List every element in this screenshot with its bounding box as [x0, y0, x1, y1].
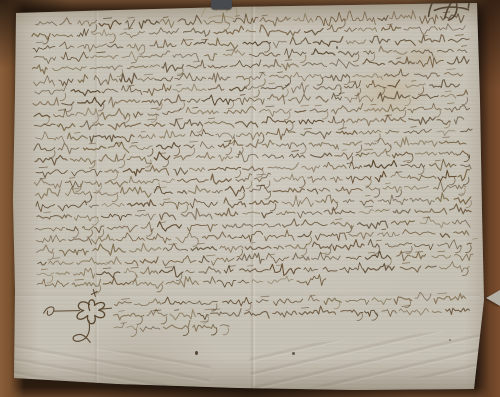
ink-layer — [0, 0, 500, 397]
manuscript-page — [0, 0, 500, 397]
subscription-block — [113, 291, 469, 336]
manuscript-photo — [0, 0, 500, 397]
mount-tab — [211, 0, 232, 9]
arrow-tab-icon — [486, 290, 500, 306]
main-text-block — [31, 9, 478, 295]
notarial-signum — [43, 289, 112, 343]
handwriting-svg — [0, 0, 500, 397]
